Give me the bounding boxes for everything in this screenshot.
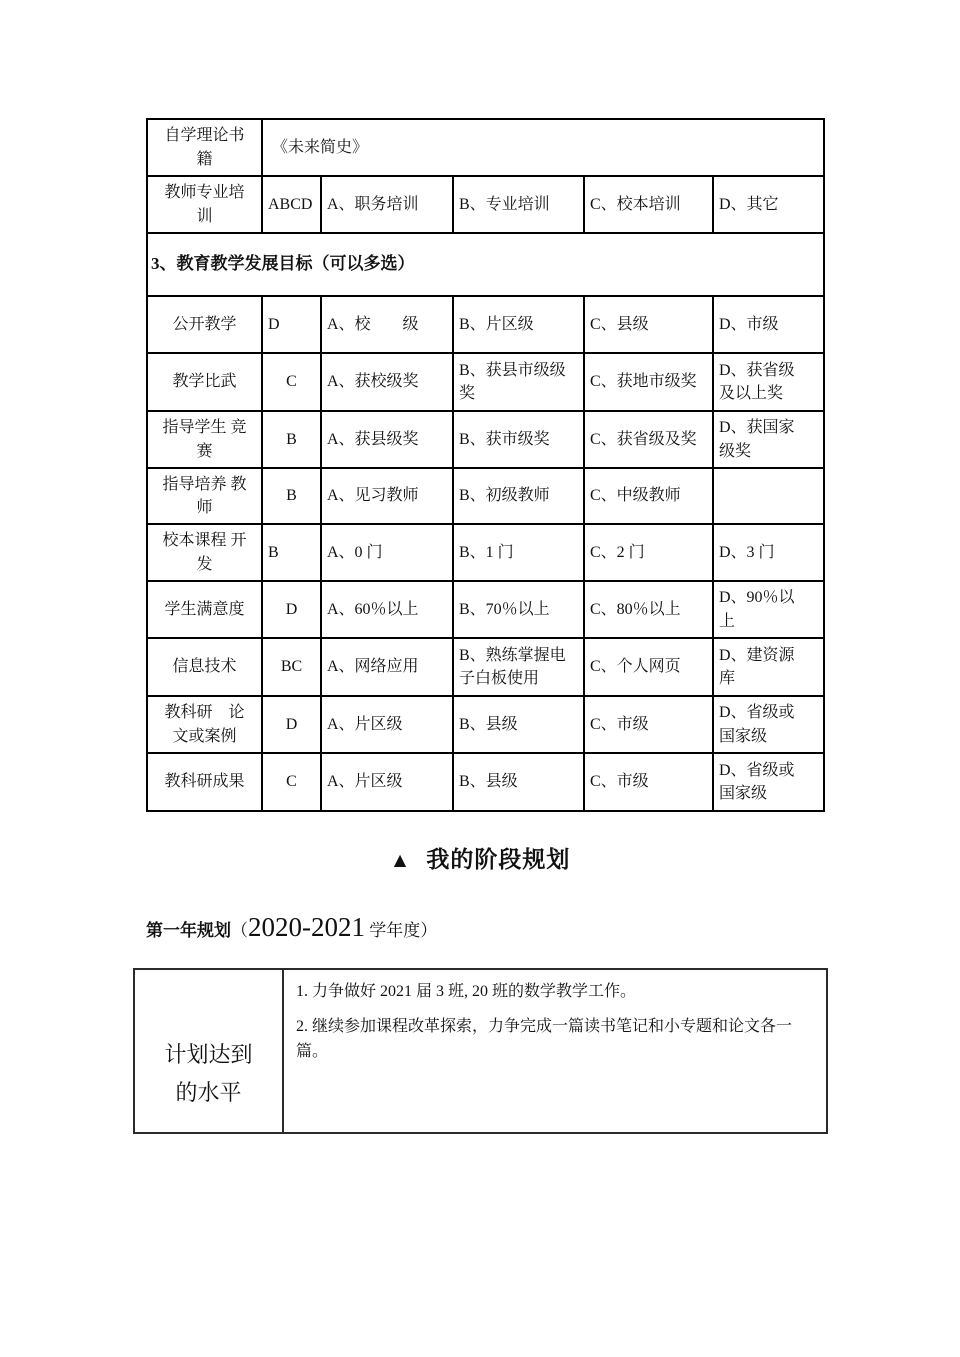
row-label-cell: 教科研 论 文或案例 — [147, 696, 262, 753]
option-cell: C、获地市级奖 — [584, 353, 713, 411]
table-row: 公开教学 D A、校 级 B、片区级 C、县级 D、市级 — [147, 296, 824, 353]
option-cell: A、0 门 — [321, 524, 453, 581]
option-cell: C、校本培训 — [584, 176, 713, 233]
option-cell — [713, 468, 824, 524]
answer-cell: B — [262, 524, 321, 581]
stage-heading-text: 我的阶段规划 — [426, 847, 570, 872]
section-heading-row: 3、教育教学发展目标（可以多选） — [147, 233, 824, 296]
option-cell: A、获县级奖 — [321, 411, 453, 468]
option-cell: B、专业培训 — [453, 176, 584, 233]
row-label-cell: 公开教学 — [147, 296, 262, 353]
table-row: 指导学生 竞 赛 B A、获县级奖 B、获市级奖 C、获省级及奖 D、获国家 级… — [147, 411, 824, 468]
answer-cell: C — [262, 753, 321, 811]
year-heading-years: 2020-2021 — [248, 912, 365, 942]
row-label-cell: 学生满意度 — [147, 581, 262, 638]
row-label-cell: 指导培养 教 师 — [147, 468, 262, 524]
option-cell: B、片区级 — [453, 296, 584, 353]
option-cell: B、获县市级级 奖 — [453, 353, 584, 411]
row-label-cell: 指导学生 竞 赛 — [147, 411, 262, 468]
option-cell: A、校 级 — [321, 296, 453, 353]
option-cell: C、个人网页 — [584, 638, 713, 696]
plan-content-cell: 1. 力争做好 2021 届 3 班, 20 班的数学教学工作。 2. 继续参加… — [283, 969, 827, 1133]
option-cell: C、市级 — [584, 753, 713, 811]
option-cell: B、熟练掌握电 子白板使用 — [453, 638, 584, 696]
option-cell: A、网络应用 — [321, 638, 453, 696]
table-row: 指导培养 教 师 B A、见习教师 B、初级教师 C、中级教师 — [147, 468, 824, 524]
table-row: 教学比武 C A、获校级奖 B、获县市级级 奖 C、获地市级奖 D、获省级 及以… — [147, 353, 824, 411]
option-cell: D、90％以 上 — [713, 581, 824, 638]
option-cell: D、省级或 国家级 — [713, 753, 824, 811]
option-cell: B、县级 — [453, 753, 584, 811]
option-cell: A、获校级奖 — [321, 353, 453, 411]
option-cell: C、2 门 — [584, 524, 713, 581]
option-cell: D、获省级 及以上奖 — [713, 353, 824, 411]
table-row: 教师专业培 训 ABCD A、职务培训 B、专业培训 C、校本培训 D、其它 — [147, 176, 824, 233]
table-row: 教科研 论 文或案例 D A、片区级 B、县级 C、市级 D、省级或 国家级 — [147, 696, 824, 753]
table-row: 自学理论书 籍 《未来简史》 — [147, 119, 824, 176]
row-label-cell: 信息技术 — [147, 638, 262, 696]
option-cell: C、80％以上 — [584, 581, 713, 638]
option-cell: A、职务培训 — [321, 176, 453, 233]
book-title-cell: 《未来简史》 — [262, 119, 824, 176]
table-row: 学生满意度 D A、60％以上 B、70％以上 C、80％以上 D、90％以 上 — [147, 581, 824, 638]
option-cell: B、1 门 — [453, 524, 584, 581]
option-cell: C、市级 — [584, 696, 713, 753]
option-cell: D、省级或 国家级 — [713, 696, 824, 753]
year-heading-label: 第一年规划 — [146, 921, 231, 940]
option-cell: D、3 门 — [713, 524, 824, 581]
year-heading: 第一年规划（2020-2021 学年度） — [146, 912, 437, 943]
plan-item: 2. 继续参加课程改革探索，力争完成一篇读书笔记和小专题和论文各一篇。 — [296, 1014, 814, 1064]
row-label-cell: 校本课程 开 发 — [147, 524, 262, 581]
option-cell: B、县级 — [453, 696, 584, 753]
option-cell: C、县级 — [584, 296, 713, 353]
stage-heading: ▲我的阶段规划 — [0, 841, 960, 874]
answer-cell: C — [262, 353, 321, 411]
year-heading-paren: （ — [231, 921, 248, 940]
survey-table: 自学理论书 籍 《未来简史》 教师专业培 训 ABCD A、职务培训 B、专业培… — [146, 118, 825, 812]
answer-cell: D — [262, 296, 321, 353]
answer-cell: B — [262, 468, 321, 524]
answer-cell: D — [262, 581, 321, 638]
answer-cell: B — [262, 411, 321, 468]
option-cell: D、其它 — [713, 176, 824, 233]
option-cell: C、获省级及奖 — [584, 411, 713, 468]
plan-label-cell: 计划达到 的水平 — [134, 969, 283, 1133]
option-cell: D、建资源 库 — [713, 638, 824, 696]
option-cell: A、片区级 — [321, 753, 453, 811]
row-label-cell: 教科研成果 — [147, 753, 262, 811]
option-cell: A、见习教师 — [321, 468, 453, 524]
option-cell: D、获国家 级奖 — [713, 411, 824, 468]
option-cell: C、中级教师 — [584, 468, 713, 524]
answer-cell: ABCD — [262, 176, 321, 233]
year-heading-suffix: 学年度） — [365, 921, 437, 940]
row-label-cell: 教学比武 — [147, 353, 262, 411]
plan-table: 计划达到 的水平 1. 力争做好 2021 届 3 班, 20 班的数学教学工作… — [133, 968, 828, 1134]
plan-item: 1. 力争做好 2021 届 3 班, 20 班的数学教学工作。 — [296, 979, 814, 1004]
option-cell: A、片区级 — [321, 696, 453, 753]
table-row: 信息技术 BC A、网络应用 B、熟练掌握电 子白板使用 C、个人网页 D、建资… — [147, 638, 824, 696]
triangle-icon: ▲ — [390, 848, 412, 872]
section-heading: 3、教育教学发展目标（可以多选） — [147, 233, 824, 296]
answer-cell: BC — [262, 638, 321, 696]
row-label-cell: 自学理论书 籍 — [147, 119, 262, 176]
answer-cell: D — [262, 696, 321, 753]
table-row: 校本课程 开 发 B A、0 门 B、1 门 C、2 门 D、3 门 — [147, 524, 824, 581]
table-row: 计划达到 的水平 1. 力争做好 2021 届 3 班, 20 班的数学教学工作… — [134, 969, 827, 1133]
option-cell: B、70％以上 — [453, 581, 584, 638]
option-cell: A、60％以上 — [321, 581, 453, 638]
option-cell: B、获市级奖 — [453, 411, 584, 468]
row-label-cell: 教师专业培 训 — [147, 176, 262, 233]
option-cell: B、初级教师 — [453, 468, 584, 524]
document-page: 自学理论书 籍 《未来简史》 教师专业培 训 ABCD A、职务培训 B、专业培… — [0, 0, 960, 1357]
option-cell: D、市级 — [713, 296, 824, 353]
table-row: 教科研成果 C A、片区级 B、县级 C、市级 D、省级或 国家级 — [147, 753, 824, 811]
